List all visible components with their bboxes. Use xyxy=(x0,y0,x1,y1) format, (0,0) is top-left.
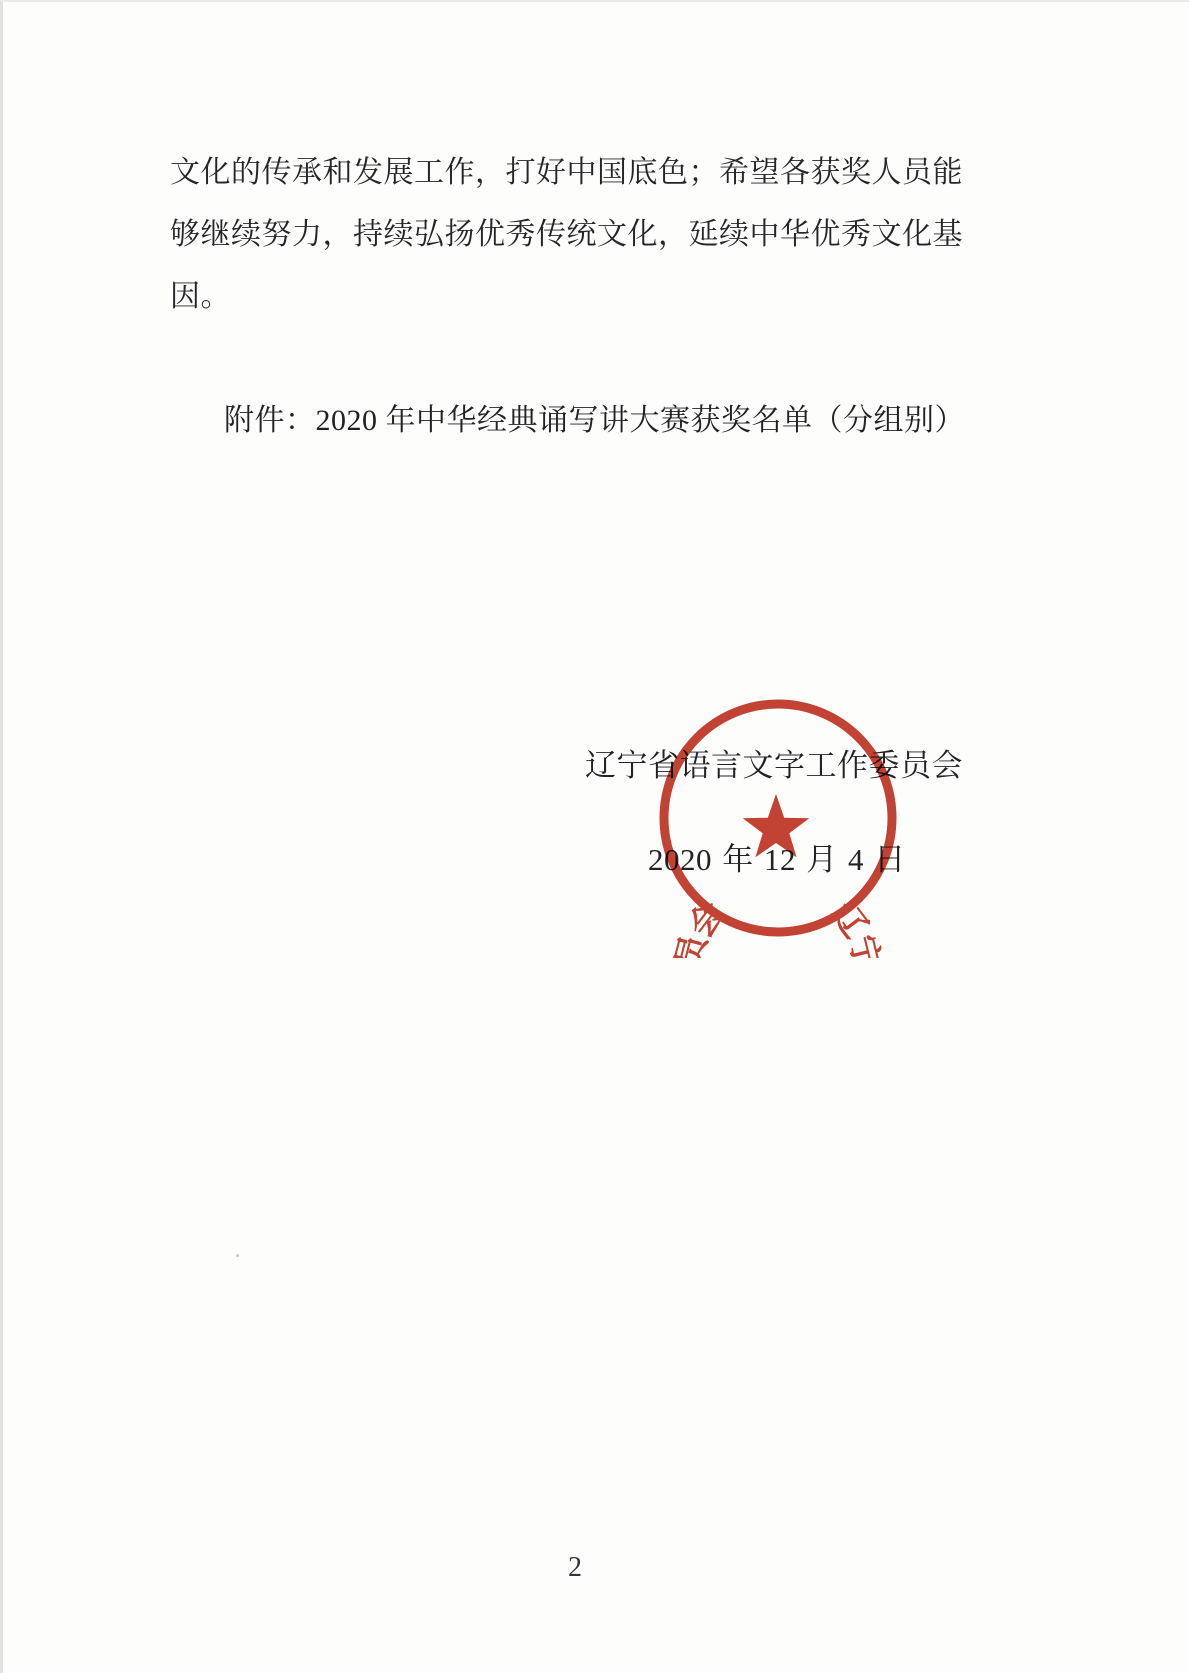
document-page: 文化的传承和发展工作，打好中国底色；希望各获奖人员能 够继续努力，持续弘扬优秀传… xyxy=(0,0,1189,1673)
attachment-line: 附件：2020 年中华经典诵写讲大赛获奖名单（分组别） xyxy=(224,400,965,442)
official-seal-icon: 辽宁省语言文字工作委员会 xyxy=(638,678,918,958)
scan-edge-top xyxy=(0,0,1189,2)
body-line: 因。 xyxy=(170,276,963,318)
seal-ring-text: 辽宁省语言文字工作委员会 xyxy=(669,895,888,958)
svg-text:辽宁省语言文字工作委员会: 辽宁省语言文字工作委员会 xyxy=(669,895,888,958)
scan-speck xyxy=(236,1254,239,1257)
seal-star-icon xyxy=(743,794,810,857)
body-line: 够继续努力，持续弘扬优秀传统文化，延续中华优秀文化基 xyxy=(170,214,963,256)
page-number: 2 xyxy=(545,1552,605,1584)
body-line: 文化的传承和发展工作，打好中国底色；希望各获奖人员能 xyxy=(170,152,963,194)
scan-edge-left xyxy=(0,0,3,1673)
